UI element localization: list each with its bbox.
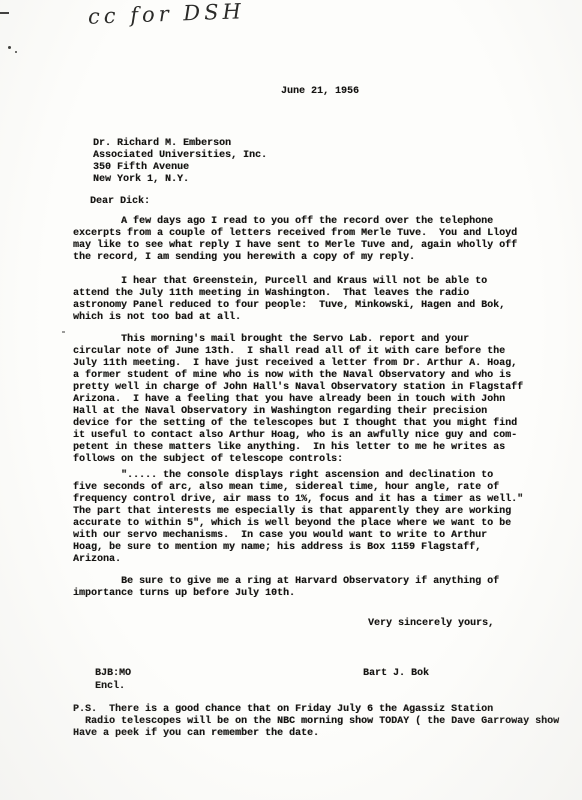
scan-artifact xyxy=(8,46,11,49)
typist-initials: BJB:MO xyxy=(95,668,131,680)
handwritten-note: cc for DSH xyxy=(88,0,246,29)
scan-artifact xyxy=(62,331,65,333)
paragraph-2: I hear that Greenstein, Purcell and Krau… xyxy=(73,276,573,324)
letter-date: June 21, 1956 xyxy=(281,86,359,98)
signature-name: Bart J. Bok xyxy=(363,668,429,680)
recipient-address: Dr. Richard M. Emberson Associated Unive… xyxy=(93,138,267,186)
paragraph-5: Be sure to give me a ring at Harvard Obs… xyxy=(73,576,573,600)
scan-artifact xyxy=(0,12,9,14)
letter-page: cc for DSH June 21, 1956 Dr. Richard M. … xyxy=(0,0,582,800)
closing: Very sincerely yours, xyxy=(368,618,494,630)
salutation: Dear Dick: xyxy=(90,196,150,208)
paragraph-1: A few days ago I read to you off the rec… xyxy=(73,216,573,264)
postscript: P.S. There is a good chance that on Frid… xyxy=(73,704,582,740)
scan-artifact xyxy=(15,51,17,53)
paragraph-4-quote: "..... the console displays right ascens… xyxy=(73,470,578,566)
paragraph-3: This morning's mail brought the Servo La… xyxy=(73,334,573,466)
enclosure-note: Encl. xyxy=(95,681,125,693)
